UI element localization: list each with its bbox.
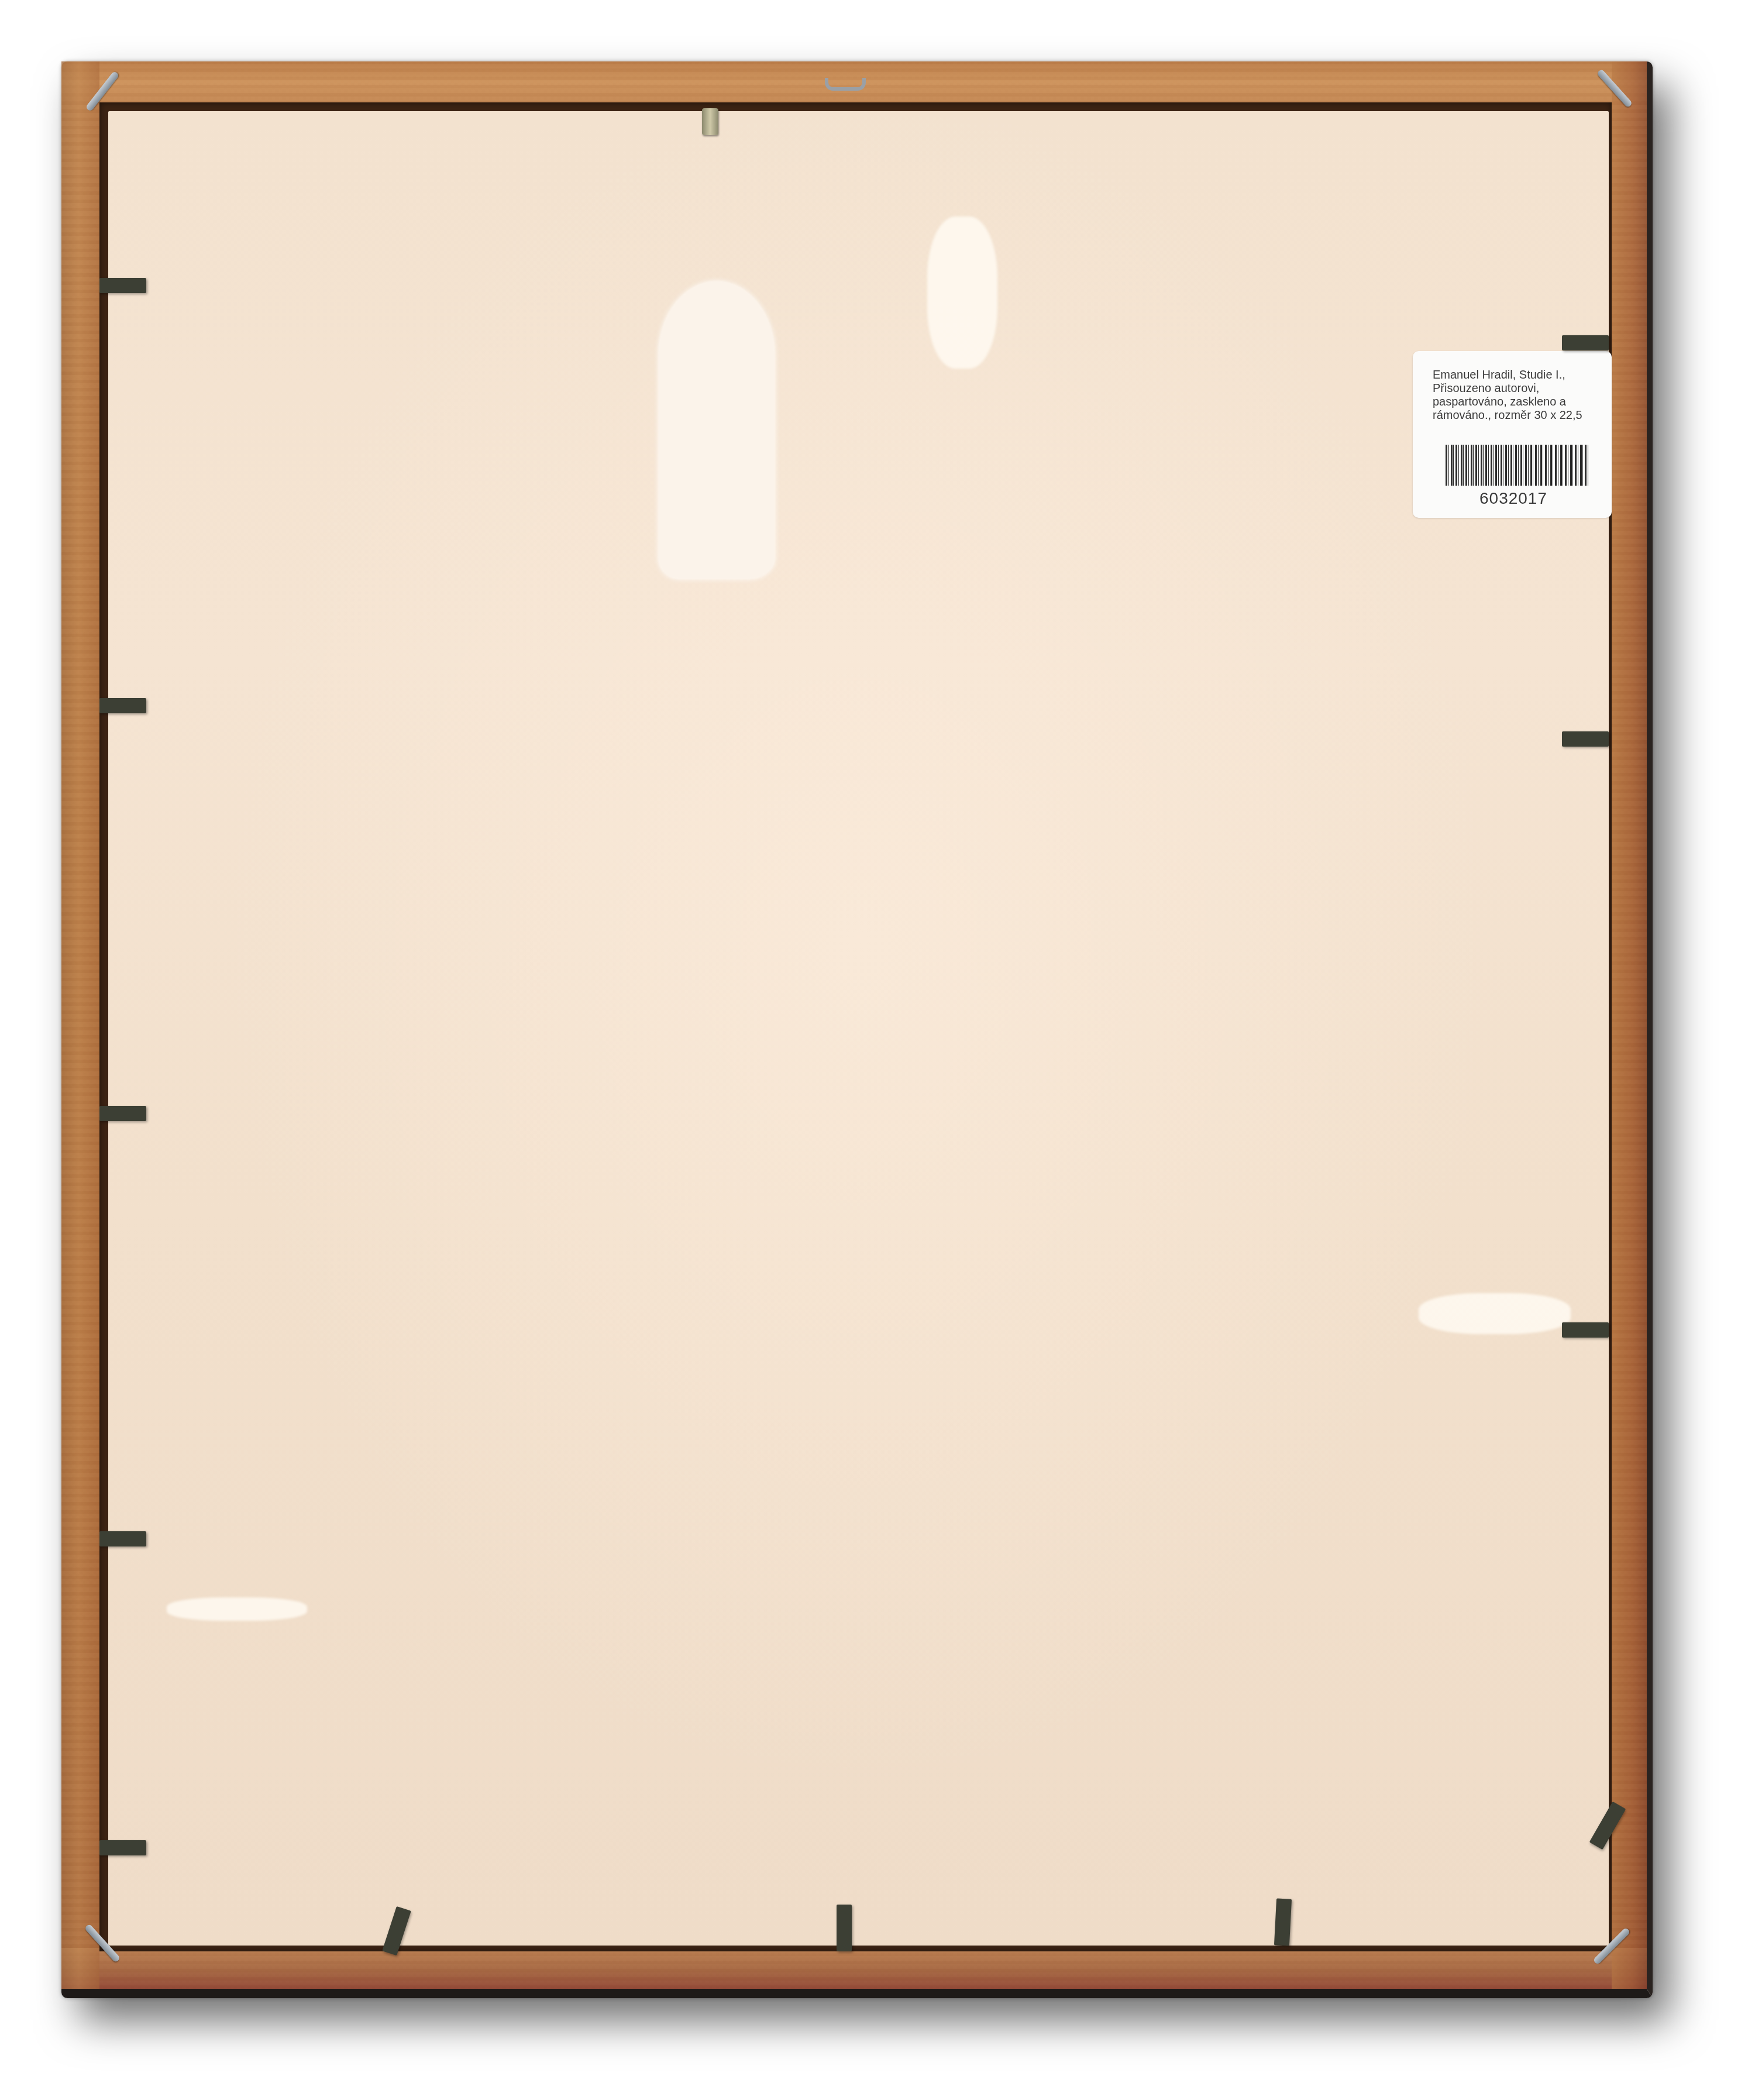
scuff-mark	[167, 1597, 307, 1621]
scuff-mark	[1419, 1293, 1571, 1334]
brad-nail-icon	[99, 278, 146, 293]
hanger-clip	[702, 108, 718, 135]
scuff-mark	[927, 216, 997, 369]
brad-nail-icon	[837, 1905, 852, 1951]
brad-nail-icon	[1562, 1322, 1609, 1338]
barcode-icon	[1446, 445, 1589, 486]
brad-nail-icon	[99, 1531, 146, 1546]
torn-paper-patch	[658, 281, 775, 579]
brad-nail-icon	[1562, 335, 1609, 350]
brad-nail-icon	[1562, 731, 1609, 747]
backing-board: Emanuel Hradil, Studie I., Přisouzeno au…	[108, 111, 1609, 1946]
label-description: Emanuel Hradil, Studie I., Přisouzeno au…	[1433, 369, 1600, 422]
screw-eye-icon	[825, 78, 866, 91]
frame-bottom-rail	[61, 1948, 1647, 1989]
frame-left-rail	[61, 61, 99, 1989]
brad-nail-icon	[99, 1106, 146, 1121]
inventory-label: Emanuel Hradil, Studie I., Přisouzeno au…	[1413, 351, 1612, 518]
barcode-number: 6032017	[1427, 489, 1600, 508]
brad-nail-icon	[99, 1840, 146, 1855]
brad-nail-icon	[1274, 1898, 1292, 1946]
brad-nail-icon	[99, 698, 146, 713]
frame-right-rail	[1612, 61, 1647, 1989]
picture-frame: Emanuel Hradil, Studie I., Přisouzeno au…	[61, 61, 1653, 1998]
